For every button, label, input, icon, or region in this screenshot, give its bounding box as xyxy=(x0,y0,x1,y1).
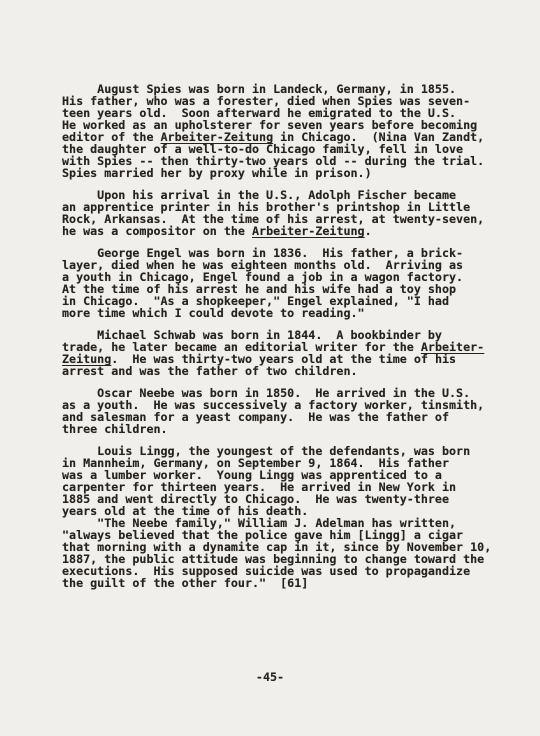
underlined-text: Arbeiter-Zeitung xyxy=(252,224,365,238)
page-number: -45- xyxy=(0,671,540,683)
paragraph: Louis Lingg, the youngest of the defenda… xyxy=(62,445,522,589)
text-segment: the guilt of the other four." [61] xyxy=(62,576,308,590)
paragraph: Upon his arrival in the U.S., Adolph Fis… xyxy=(62,189,522,237)
text-segment: . xyxy=(365,224,372,238)
text-segment: he was a compositor on the xyxy=(62,224,252,238)
paragraph: George Engel was born in 1836. His fathe… xyxy=(62,247,522,319)
document-page: August Spies was born in Landeck, German… xyxy=(0,0,540,736)
text-line: the guilt of the other four." [61] xyxy=(62,577,522,589)
paragraph: Oscar Neebe was born in 1850. He arrived… xyxy=(62,387,522,435)
text-line: three children. xyxy=(62,423,522,435)
text-segment: more time which I could devote to readin… xyxy=(62,306,365,320)
paragraph: Michael Schwab was born in 1844. A bookb… xyxy=(62,329,522,377)
text-segment: arrest and was the father of two childre… xyxy=(62,364,358,378)
text-line: he was a compositor on the Arbeiter-Zeit… xyxy=(62,225,522,237)
paragraph: August Spies was born in Landeck, German… xyxy=(62,83,522,179)
text-line: Spies married her by proxy while in pris… xyxy=(62,167,522,179)
text-segment: Spies married her by proxy while in pris… xyxy=(62,166,372,180)
text-line: more time which I could devote to readin… xyxy=(62,307,522,319)
text-segment: three children. xyxy=(62,422,168,436)
text-line: arrest and was the father of two childre… xyxy=(62,365,522,377)
document-body: August Spies was born in Landeck, German… xyxy=(62,83,522,589)
